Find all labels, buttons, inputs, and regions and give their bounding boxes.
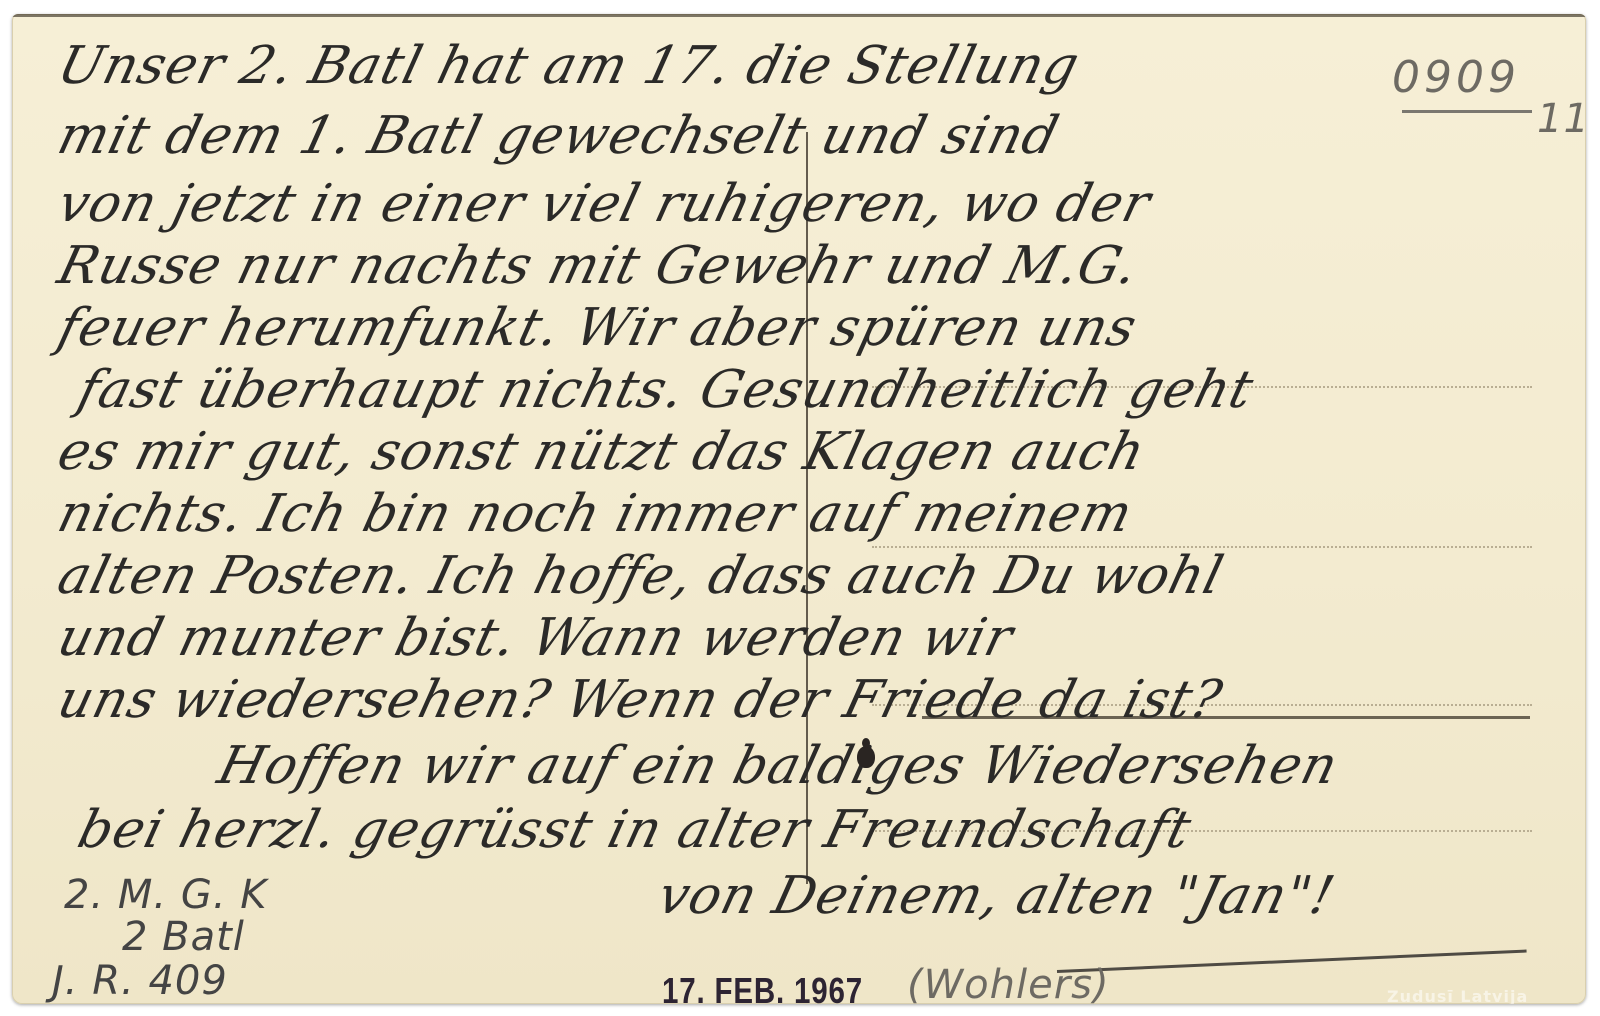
message-line: bei herzl. gegrüsst in alter Freundschaf…: [72, 800, 1198, 860]
message-line: feuer herumfunkt. Wir aber spüren uns: [52, 298, 1143, 358]
postcard: 0909 11 Unser 2. Batl hat am 17. die Ste…: [12, 14, 1586, 1004]
sender-unit-line: J. R. 409: [52, 958, 228, 1004]
watermark: Zudusī Latvija: [1387, 987, 1528, 1004]
message-line: uns wiedersehen? Wenn der Friede da ist?: [52, 670, 1228, 730]
pencil-note: (Wohlers): [907, 962, 1110, 1004]
archive-subnumber: 11: [1537, 96, 1586, 142]
message-line: Unser 2. Batl hat am 17. die Stellung: [52, 36, 1086, 96]
message-line: mit dem 1. Batl gewechselt und sind: [52, 106, 1065, 166]
archive-number-underline: [1402, 110, 1532, 113]
signature-flourish: [1057, 950, 1527, 973]
signature-line: von Deinem, alten "Jan"!: [652, 866, 1341, 926]
message-line: nichts. Ich bin noch immer auf meinem: [52, 484, 1139, 544]
sender-unit-line: 2 Batl: [122, 914, 245, 960]
message-line: fast überhaupt nichts. Gesundheitlich ge…: [72, 360, 1260, 420]
message-line: Russe nur nachts mit Gewehr und M.G.: [52, 236, 1144, 296]
message-line: und munter bist. Wann werden wir: [52, 608, 1019, 668]
ink-blot: [857, 746, 875, 768]
sender-unit-line: 2. M. G. K: [64, 872, 267, 918]
message-line: alten Posten. Ich hoffe, dass auch Du wo…: [52, 546, 1230, 606]
message-line: es mir gut, sonst nützt das Klagen auch: [52, 422, 1151, 482]
date-stamp: 17. FEB. 1967: [662, 970, 863, 1004]
archive-number: 0909: [1392, 52, 1520, 103]
message-line: von jetzt in einer viel ruhigeren, wo de…: [52, 174, 1157, 234]
message-line: Hoffen wir auf ein baldiges Wiedersehen: [212, 736, 1344, 796]
